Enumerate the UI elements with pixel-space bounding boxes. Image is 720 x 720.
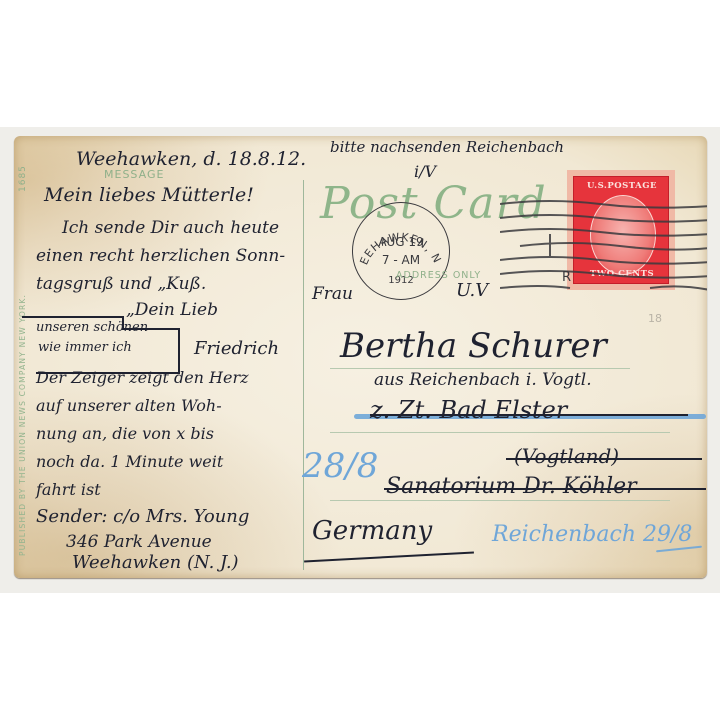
message-line: auf unserer alten Woh- bbox=[36, 396, 222, 415]
stamp-top-text: U.S.POSTAGE bbox=[574, 181, 670, 191]
postmark-date: AUG 19 bbox=[353, 235, 449, 249]
postcard: 1685 PUBLISHED BY THE UNION NEWS COMPANY… bbox=[14, 136, 707, 578]
address-line-crossed: (Vogtland) bbox=[514, 444, 619, 468]
drawn-box-edge bbox=[122, 328, 178, 330]
forwarding-note: bitte nachsenden Reichenbach bbox=[330, 138, 564, 156]
blue-date-mark: 28/8 bbox=[302, 446, 378, 486]
strike-through bbox=[370, 414, 688, 416]
sender-line: Sender: c/o Mrs. Young bbox=[36, 506, 249, 527]
sender-line: 346 Park Avenue bbox=[66, 532, 212, 552]
drawn-box-edge bbox=[122, 316, 124, 328]
salutation: Frau bbox=[312, 284, 353, 304]
pencil-mark: 18 bbox=[648, 312, 662, 325]
blue-redirect-note: Reichenbach 29/8 bbox=[492, 522, 692, 547]
message-line: einen recht herzlichen Sonn- bbox=[36, 246, 285, 266]
message-line: wie immer ich bbox=[38, 340, 132, 355]
message-line: nung an, die von x bis bbox=[36, 424, 214, 443]
publisher-imprint: PUBLISHED BY THE UNION NEWS COMPANY NEW … bbox=[18, 294, 27, 556]
message-line: Der Zeiger zeigt den Herz bbox=[36, 368, 249, 387]
drawn-box-edge bbox=[178, 328, 180, 372]
postmark-time: 7 - AM bbox=[353, 253, 449, 267]
address-rule bbox=[330, 432, 670, 433]
postmark: WEEHAWKEN, N.J. AUG 19 7 - AM 1912 bbox=[352, 202, 450, 300]
drawn-box-edge bbox=[36, 372, 180, 374]
message-line: fahrt ist bbox=[36, 480, 101, 499]
message-line: Friedrich bbox=[194, 338, 279, 359]
forwarding-initials: i/V bbox=[414, 162, 436, 181]
message-line: tagsgruß und „Kuß. bbox=[36, 274, 206, 294]
drawn-box-edge bbox=[22, 316, 122, 318]
cancellation-lines bbox=[500, 194, 707, 304]
address-line: aus Reichenbach i. Vogtl. bbox=[374, 370, 592, 390]
catalog-number: 1685 bbox=[18, 165, 28, 192]
message-line: „Dein Lieb bbox=[126, 300, 218, 320]
message-line: noch da. 1 Minute weit bbox=[36, 452, 223, 471]
cancel-letter: R bbox=[562, 270, 571, 285]
divider-line bbox=[303, 180, 304, 570]
sender-line: Weehawken (N. J.) bbox=[72, 552, 239, 573]
strike-through bbox=[506, 458, 702, 460]
country-underline bbox=[304, 552, 474, 562]
address-line-crossed: z. Zt. Bad Elster bbox=[370, 396, 567, 424]
message-line: Weehawken, d. 18.8.12. bbox=[76, 148, 306, 170]
address-rule bbox=[330, 368, 630, 369]
address-rule bbox=[330, 500, 670, 501]
address-country: Germany bbox=[312, 516, 432, 546]
message-line: Ich sende Dir auch heute bbox=[62, 218, 279, 238]
recipient-name: Bertha Schurer bbox=[340, 326, 607, 366]
uv-mark: U.V bbox=[456, 280, 488, 301]
strike-through bbox=[384, 488, 706, 490]
address-line-crossed: Sanatorium Dr. Köhler bbox=[386, 474, 637, 499]
message-line: Mein liebes Mütterle! bbox=[44, 184, 254, 206]
